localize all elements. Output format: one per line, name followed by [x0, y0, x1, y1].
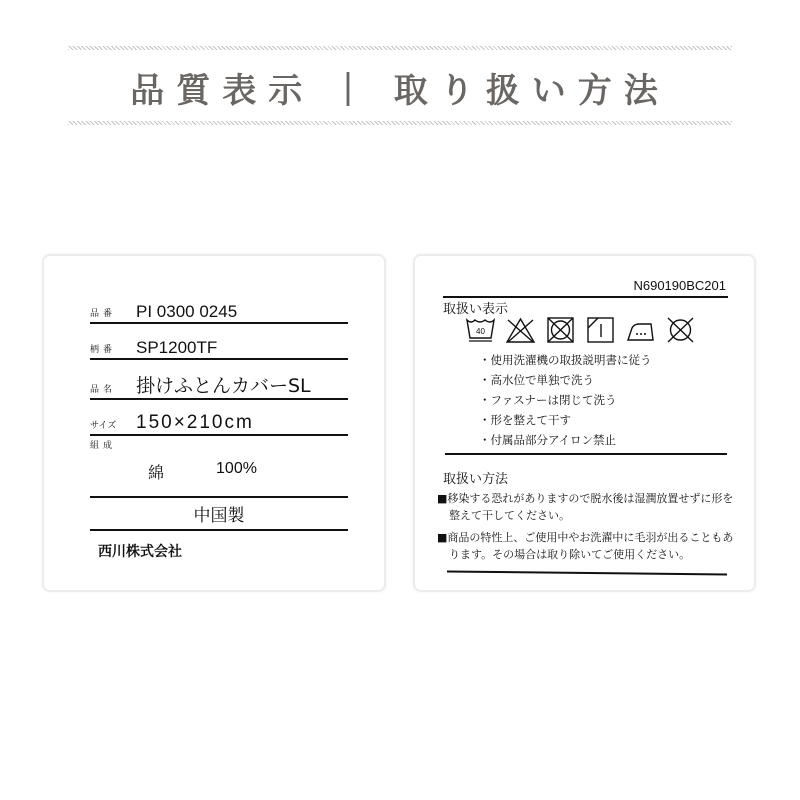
material: 綿	[148, 460, 164, 483]
iron-high-icon	[625, 316, 656, 344]
material-percent: 100%	[216, 460, 257, 483]
note-item: ■移染する恐れがありますので脱水後は湿潤放置せずに形を整えて干してください。	[437, 490, 737, 524]
row-value: PI 0300 0245	[136, 303, 237, 322]
size-row: サイズ 150×210cm	[90, 408, 348, 436]
care-instructions: ・使用洗濯機の取扱説明書に従う ・高水位で単独で洗う ・ファスナーは閉じて洗う …	[479, 350, 652, 450]
divider	[447, 571, 727, 576]
quality-title: 品質表示	[130, 63, 314, 112]
product-name-row: 品名 掛けふとんカバーSL	[90, 370, 348, 400]
page-header: 品質表示 | 取り扱い方法	[0, 62, 800, 112]
instruction-item: ・高水位で単独で洗う	[479, 370, 652, 390]
row-label: 品名	[90, 382, 136, 398]
row-label: 品番	[90, 306, 136, 322]
care-symbols-title: 取扱い表示	[443, 298, 508, 317]
note-item: ■商品の特性上、ご使用中やお洗濯中に毛羽が出ることもあります。その場合は取り除い…	[437, 529, 737, 563]
quality-label-card: 品番 PI 0300 0245 柄番 SP1200TF 品名 掛けふとんカバーS…	[42, 254, 386, 592]
line-dry-shade-icon	[585, 316, 616, 344]
care-label-card: N690190BC201 取扱い表示 40	[413, 254, 756, 592]
product-number-row: 品番 PI 0300 0245	[90, 300, 348, 324]
no-bleach-icon	[505, 316, 536, 344]
handling-notes: ■移染する恐れがありますので脱水後は湿潤放置せずに形を整えて干してください。 ■…	[437, 490, 737, 568]
row-label: 柄番	[90, 342, 136, 358]
instruction-item: ・形を整えて干す	[479, 410, 652, 430]
pattern-number-row: 柄番 SP1200TF	[90, 336, 348, 360]
row-value: 掛けふとんカバーSL	[136, 377, 311, 398]
header-bottom-divider	[68, 121, 732, 125]
manufacturer: 西川株式会社	[98, 541, 182, 561]
instruction-item: ・ファスナーは閉じて洗う	[479, 390, 652, 410]
handling-title: 取り扱い方法	[394, 63, 670, 112]
divider	[445, 453, 727, 455]
row-label: サイズ	[90, 418, 136, 434]
divider	[90, 529, 348, 531]
header-top-divider	[68, 46, 732, 50]
divider	[90, 496, 348, 498]
composition-row: 綿 100%	[148, 460, 257, 483]
svg-text:40: 40	[476, 327, 485, 336]
handling-method-title: 取扱い方法	[443, 468, 508, 487]
instruction-item: ・付属品部分アイロン禁止	[479, 430, 652, 450]
instruction-item: ・使用洗濯機の取扱説明書に従う	[479, 350, 652, 370]
no-tumble-dry-icon	[545, 316, 576, 344]
care-symbols: 40	[465, 316, 696, 344]
label-code: N690190BC201	[633, 278, 726, 293]
wash-40-icon: 40	[465, 316, 496, 344]
row-value: 150×210cm	[136, 413, 254, 434]
country-of-origin: 中国製	[90, 501, 348, 526]
row-value: SP1200TF	[136, 339, 217, 358]
composition-label: 組成	[90, 438, 116, 451]
header-separator: |	[342, 67, 353, 107]
no-dry-clean-icon	[665, 316, 696, 344]
